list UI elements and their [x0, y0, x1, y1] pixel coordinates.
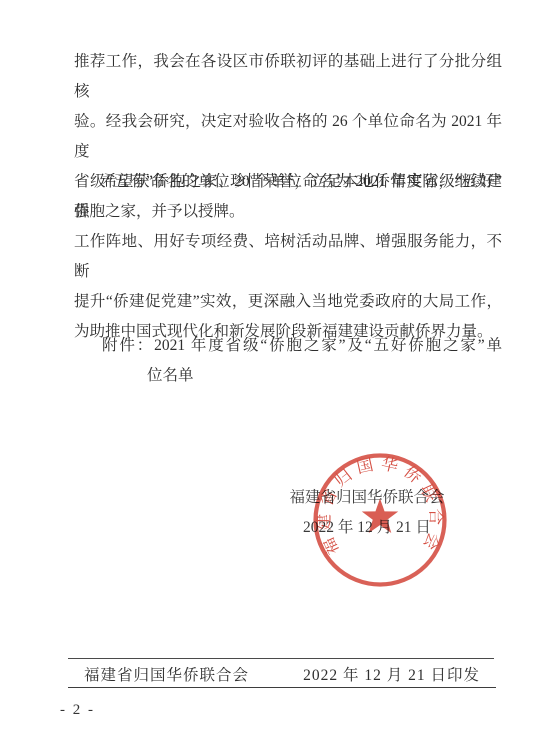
- body-paragraph-2: 希望获命名的单位珍惜荣誉，立足本地侨情实际，继续建强 工作阵地、用好专项经费、培…: [74, 167, 502, 347]
- footer-print-date: 2022 年 12 月 21 日印发: [303, 663, 480, 685]
- attachment-line: 附件：2021 年度省级“侨胞之家”及“五好侨胞之家”单: [102, 331, 502, 361]
- footer-bar: 福建省归国华侨联合会 2022 年 12 月 21 日印发: [68, 660, 494, 687]
- official-seal: 福建省归国华侨联合会: [311, 451, 449, 589]
- footer-top-rule: [68, 658, 494, 659]
- footer-issuer: 福建省归国华侨联合会: [84, 663, 249, 685]
- attachment-line: 位名单: [102, 361, 502, 391]
- body-text-line: 希望获命名的单位珍惜荣誉，立足本地侨情实际，继续建强: [74, 167, 502, 227]
- body-text-line: 提升“侨建促党建”实效，更深融入当地党委政府的大局工作，: [74, 287, 502, 317]
- attachment-note: 附件：2021 年度省级“侨胞之家”及“五好侨胞之家”单 位名单: [102, 331, 502, 391]
- body-text-line: 推荐工作，我会在各设区市侨联初评的基础上进行了分批分组核: [74, 47, 502, 107]
- footer-bottom-rule: [68, 687, 496, 688]
- seal-star-icon: [362, 498, 398, 533]
- page-number: - 2 -: [60, 702, 95, 719]
- document-page: 推荐工作，我会在各设区市侨联初评的基础上进行了分批分组核 验。经我会研究，决定对…: [0, 0, 554, 739]
- body-text-line: 工作阵地、用好专项经费、培树活动品牌、增强服务能力，不断: [74, 227, 502, 287]
- body-text-line: 验。经我会研究，决定对验收合格的 26 个单位命名为 2021 年度: [74, 107, 502, 167]
